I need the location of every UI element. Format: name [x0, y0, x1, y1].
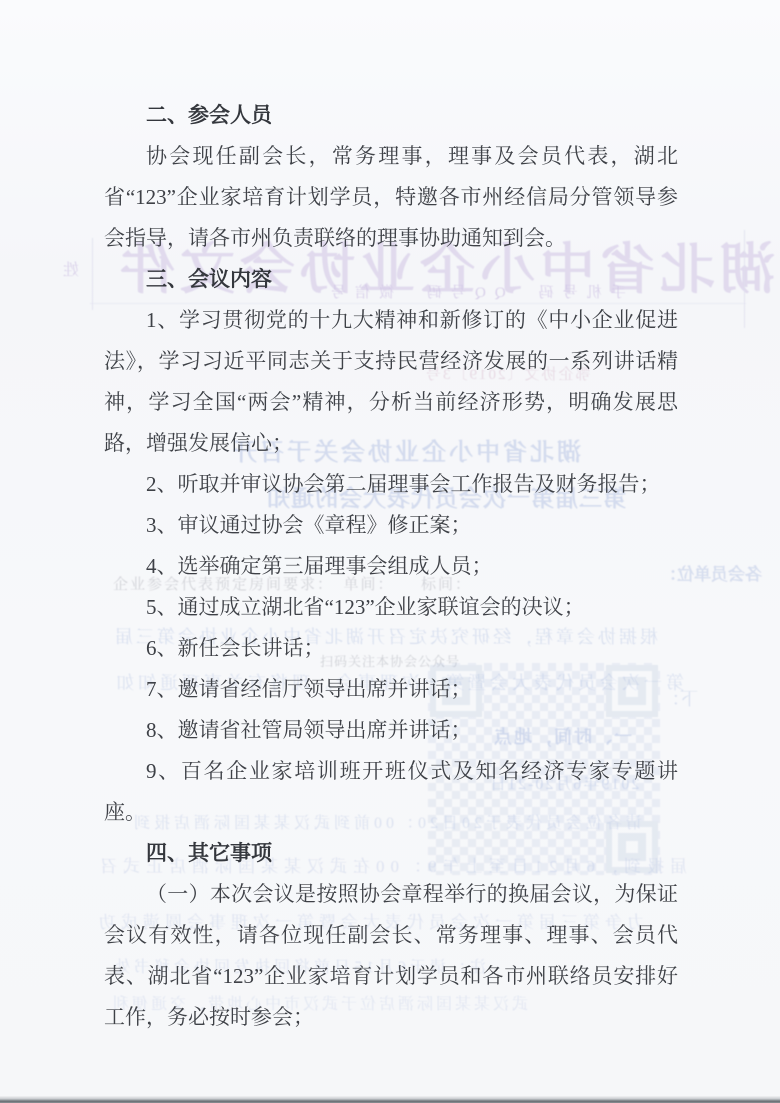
agenda-item: 5、通过成立湖北省“123”企业家联谊会的决议；	[104, 587, 678, 628]
agenda-item: 3、审议通过协会《章程》修正案；	[104, 505, 678, 546]
scan-bottom-edge	[0, 1096, 780, 1103]
scanned-document-page: 湖北省中小企业协会文件 姓 手机号码 QQ号码 微信号 鄂企协文〔2019〕3号…	[0, 0, 780, 1103]
paragraph-other-matters: （一）本次会议是按照协会章程举行的换届会议，为保证会议有效性，请各位现任副会长、…	[104, 874, 678, 1038]
section-heading-agenda: 三、会议内容	[104, 259, 678, 300]
agenda-item: 1、学习贯彻党的十九大精神和新修订的《中小企业促进法》，学习习近平同志关于支持民…	[104, 300, 678, 464]
agenda-item: 8、邀请省社管局领导出席并讲话；	[104, 710, 678, 751]
bleed-table-line	[744, 230, 745, 328]
document-body: 二、参会人员 协会现任副会长，常务理事，理事及会员代表，湖北省“123”企业家培…	[104, 95, 678, 1038]
agenda-item: 6、新任会长讲话；	[104, 628, 678, 669]
paragraph-participants: 协会现任副会长，常务理事，理事及会员代表，湖北省“123”企业家培育计划学员，特…	[104, 136, 678, 259]
section-heading-other-matters: 四、其它事项	[104, 833, 678, 874]
agenda-item: 9、百名企业家培训班开班仪式及知名经济专家专题讲座。	[104, 751, 678, 833]
agenda-item: 2、听取并审议协会第二届理事会工作报告及财务报告；	[104, 464, 678, 505]
bleed-table-line	[92, 238, 93, 310]
section-heading-participants: 二、参会人员	[104, 95, 678, 136]
bleed-form-label-fragment: 姓	[63, 263, 79, 279]
agenda-item: 4、选举确定第三届理事会组成人员；	[104, 546, 678, 587]
agenda-item: 7、邀请省经信厅领导出席并讲话；	[104, 669, 678, 710]
